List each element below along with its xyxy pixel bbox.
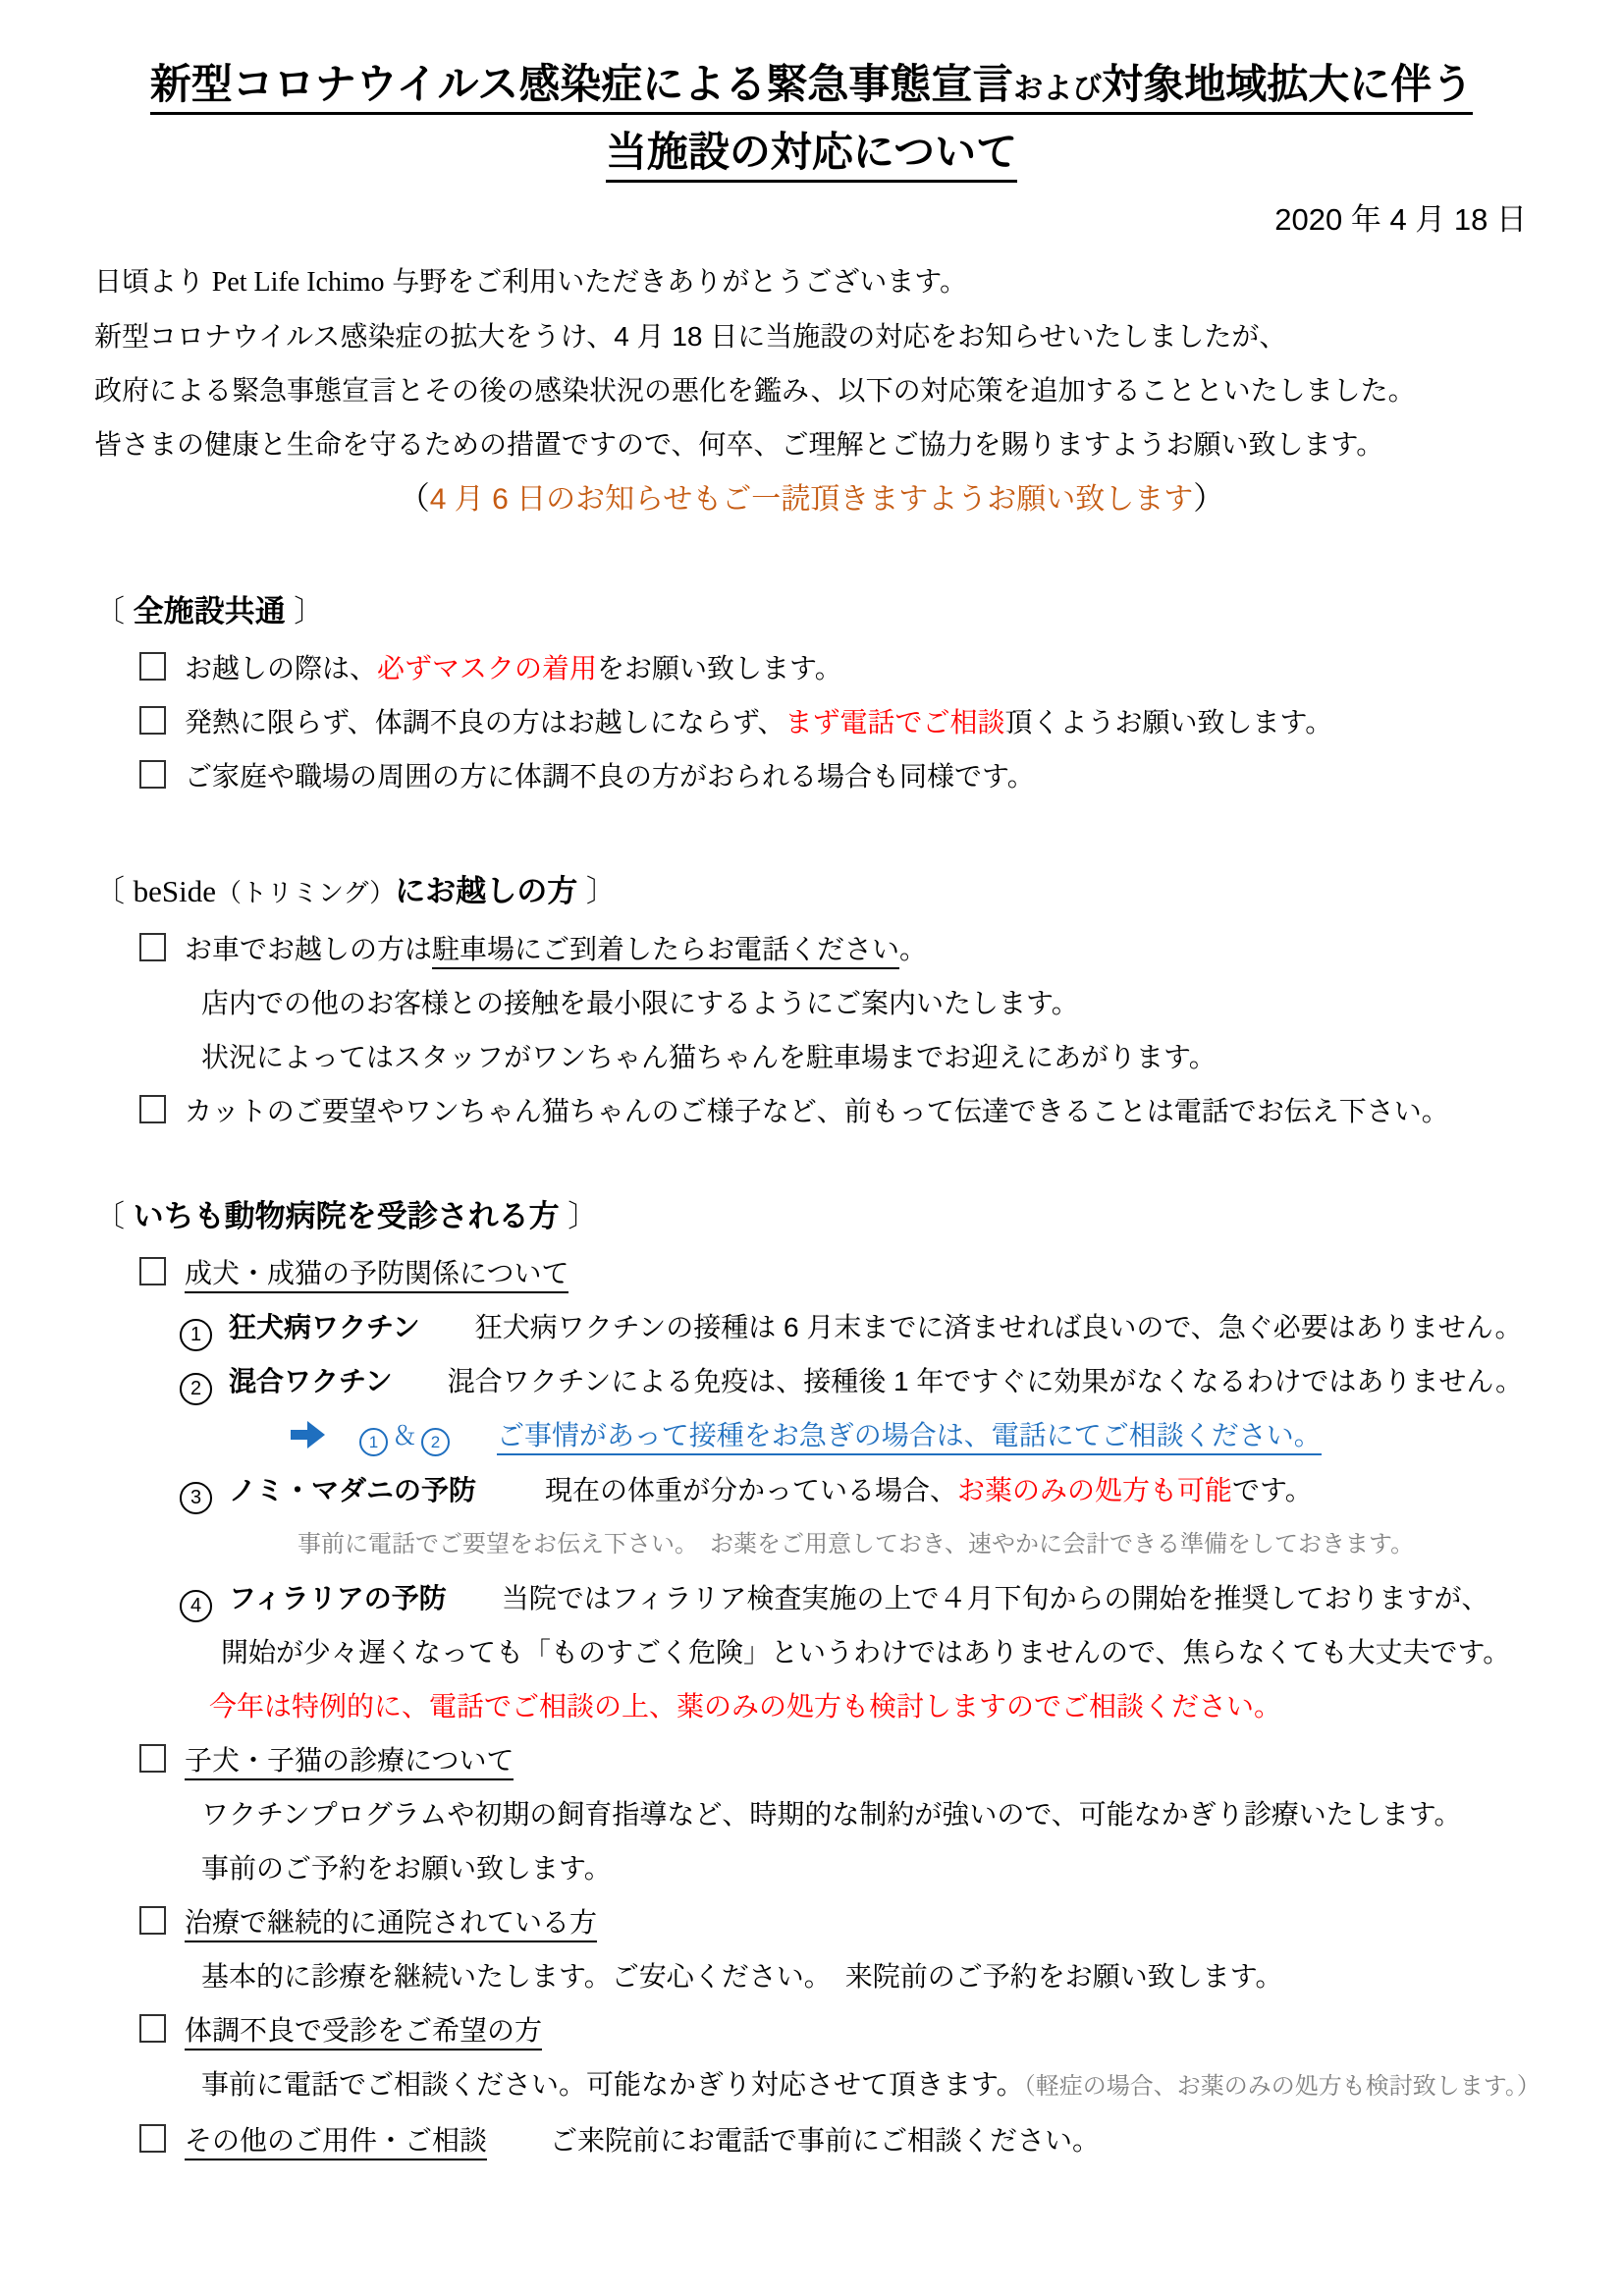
item-text: お越しの際は、 [185, 653, 377, 683]
item-label-bold: フィラリアの予防 [229, 1583, 447, 1613]
arrow-note: 1＆2ご事情があって接種をお急ぎの場合は、電話にてご相談ください。 [0, 1408, 1623, 1463]
title-line-1: 新型コロナウイルス感染症による緊急事態宣言および対象地域拡大に伴う [0, 53, 1623, 121]
item-label-underline: 子犬・子猫の診療について [185, 1745, 514, 1780]
item-label-underline: 体調不良で受診をご希望の方 [185, 2015, 542, 2050]
right-arrow-icon [291, 1421, 326, 1449]
title-text: 当施設の対応について [606, 129, 1017, 183]
title-text: 新型コロナウイルス感染症による緊急事態宣言 [150, 61, 1013, 107]
numbered-item: 1狂犬病ワクチン狂犬病ワクチンの接種は 6 月末までに済ませれば良いので、急ぐ必… [0, 1300, 1623, 1354]
document-date: 2020 年 4 月 18 日 [0, 191, 1623, 248]
item-text-emphasis: まず電話でご相談 [785, 707, 1005, 738]
checkbox-icon [139, 1906, 166, 1935]
sub-note: 基本的に診療を継続いたします。ご安心ください。 来院前のご予約をお願い致します。 [0, 1949, 1623, 2003]
item-text: 現在の体重が分かっている場合、 [545, 1475, 957, 1505]
item-text: ご家庭や職場の周囲の方に体調不良の方がおられる場合も同様です。 [185, 761, 1035, 792]
item-text-emphasis: お薬のみの処方も可能 [957, 1475, 1232, 1505]
note-text-gray: （軽症の場合、お薬のみの処方も検討致します。） [1024, 2073, 1541, 2100]
section-beside: 〔 beSide（トリミング）にお越しの方 〕 お車でお越しの方は駐車場にご到着… [0, 862, 1623, 1138]
section-heading-text: にお越しの方 [395, 874, 577, 908]
circled-number-icon: 4 [180, 1590, 212, 1622]
checkbox-icon [139, 2124, 166, 2153]
checkbox-icon [139, 1095, 166, 1123]
item-text: をお願い致します。 [597, 653, 842, 683]
paren-open: （ [399, 480, 430, 516]
checkbox-icon [139, 933, 166, 961]
item-text: 頂くようお願い致します。 [1005, 707, 1333, 738]
checkbox-icon [139, 1744, 166, 1773]
list-item: カットのご要望やワンちゃん猫ちゃんのご様子など、前もって伝達できることは電話でお… [0, 1084, 1623, 1138]
title-text: 対象地域拡大に伴う [1102, 61, 1473, 107]
circled-number-icon: 1 [180, 1319, 212, 1351]
intro-paragraph-3: 政府による緊急事態宣言とその後の感染状況の悪化を鑑み、以下の対応策を追加すること… [0, 363, 1623, 417]
section-heading-beside: 〔 beSide（トリミング）にお越しの方 〕 [0, 862, 1623, 922]
item-text: 当院ではフィラリア検査実施の上で４月下旬からの開始を推奨しておりますが、 [502, 1583, 1489, 1613]
title-line-2: 当施設の対応について [0, 121, 1623, 184]
bracket-open: 〔 [94, 594, 134, 629]
brand-name: Pet Life Ichimo [212, 267, 385, 298]
sub-note: 事前のご予約をお願い致します。 [0, 1841, 1623, 1895]
numbered-item: 3ノミ・マダニの予防現在の体重が分かっている場合、お薬のみの処方も可能です。 [0, 1463, 1623, 1517]
intro-paragraph-4: 皆さまの健康と生命を守るための措置ですので、何卒、ご理解とご協力を賜りますようお… [0, 417, 1623, 471]
section-all-facilities: 〔 全施設共通 〕 お越しの際は、必ずマスクの着用をお願い致します。 発熱に限ら… [0, 582, 1623, 803]
section-heading-text: いちも動物病院を受診される方 [134, 1199, 560, 1233]
list-item: お越しの際は、必ずマスクの着用をお願い致します。 [0, 641, 1623, 695]
intro-text: 日頃より [94, 266, 212, 297]
item-label-bold: 混合ワクチン [229, 1366, 393, 1396]
item-text: カットのご要望やワンちゃん猫ちゃんのご様子など、前もって伝達できることは電話でお… [185, 1096, 1449, 1126]
list-item: お車でお越しの方は駐車場にご到着したらお電話ください。 [0, 922, 1623, 976]
checkbox-icon [139, 652, 166, 681]
section-heading-latin: beSide [134, 874, 216, 908]
checkbox-icon [139, 1257, 166, 1285]
circled-number-icon: 1 [359, 1428, 388, 1456]
numbered-item: 4フィラリアの予防当院ではフィラリア検査実施の上で４月下旬からの開始を推奨してお… [0, 1571, 1623, 1625]
item-text-underline: 駐車場にご到着したらお電話ください [432, 934, 899, 969]
item-label-bold: 狂犬病ワクチン [229, 1312, 420, 1342]
item-text: お車でお越しの方は [185, 934, 432, 964]
sub-note: 事前に電話でご相談ください。可能なかぎり対応させて頂きます。（軽症の場合、お薬の… [0, 2057, 1623, 2113]
list-item: 発熱に限らず、体調不良の方はお越しにならず、まず電話でご相談頂くようお願い致しま… [0, 695, 1623, 749]
page-title: 新型コロナウイルス感染症による緊急事態宣言および対象地域拡大に伴う 当施設の対応… [0, 0, 1623, 184]
item-label-bold: ノミ・マダニの予防 [229, 1475, 476, 1505]
section-heading-text: 全施設共通 [134, 594, 286, 629]
notice-line: （4 月 6 日のお知らせもご一読頂きますようお願い致します） [0, 471, 1623, 526]
circled-number-icon: 2 [180, 1373, 212, 1405]
list-item: 子犬・子猫の診療について [0, 1733, 1623, 1787]
list-item: ご家庭や職場の周囲の方に体調不良の方がおられる場合も同様です。 [0, 749, 1623, 803]
section-hospital: 〔 いちも動物病院を受診される方 〕 成犬・成猫の予防関係について 1狂犬病ワク… [0, 1187, 1623, 2167]
checkbox-icon [139, 706, 166, 735]
bracket-close: 〕 [577, 874, 617, 908]
bracket-open: 〔 [94, 874, 134, 908]
item-label-underline: その他のご用件・ご相談 [185, 2125, 487, 2160]
phone-consult-note: ご事情があって接種をお急ぎの場合は、電話にてご相談ください。 [497, 1420, 1322, 1455]
gray-note: 事前に電話でご要望をお伝え下さい。 お薬をご用意しておき、速やかに会計できる準備… [0, 1517, 1623, 1571]
section-heading-all-facilities: 〔 全施設共通 〕 [0, 582, 1623, 641]
section-heading-hospital: 〔 いちも動物病院を受診される方 〕 [0, 1187, 1623, 1246]
numbered-item: 2混合ワクチン混合ワクチンによる免疫は、接種後 1 年ですぐに効果がなくなるわけ… [0, 1354, 1623, 1408]
item-text-emphasis: 必ずマスクの着用 [377, 653, 597, 683]
intro-paragraph-1: 日頃より Pet Life Ichimo 与野をご利用いただきありがとうございま… [0, 254, 1623, 309]
intro-paragraph-2: 新型コロナウイルス感染症の拡大をうけ、4 月 18 日に当施設の対応をお知らせい… [0, 309, 1623, 363]
list-item: 治療で継続的に通院されている方 [0, 1895, 1623, 1949]
bracket-open: 〔 [94, 1199, 134, 1233]
item-label-underline: 成犬・成猫の予防関係について [185, 1258, 568, 1293]
bracket-close: 〕 [286, 594, 325, 629]
item-text: ご来院前にお電話で事前にご相談ください。 [550, 2125, 1100, 2156]
intro-text: 与野をご利用いただきありがとうございます。 [385, 266, 968, 297]
continuation-text: 開始が少々遅くなっても「ものすごく危険」というわけではありませんので、焦らなくて… [0, 1625, 1623, 1679]
intro-section: 日頃より Pet Life Ichimo 与野をご利用いただきありがとうございま… [0, 254, 1623, 526]
checkbox-icon [139, 760, 166, 789]
list-item: 成犬・成猫の予防関係について [0, 1246, 1623, 1300]
item-text: 発熱に限らず、体調不良の方はお越しにならず、 [185, 707, 785, 738]
red-notice-text: 今年は特例的に、電話でご相談の上、薬のみの処方も検討しますのでご相談ください。 [0, 1679, 1623, 1733]
ampersand: ＆ [392, 1421, 417, 1450]
sub-note: 店内での他のお客様との接触を最小限にするようにご案内いたします。 [0, 976, 1623, 1030]
item-label-underline: 治療で継続的に通院されている方 [185, 1907, 597, 1942]
item-text: です。 [1232, 1475, 1313, 1505]
bracket-close: 〕 [560, 1199, 599, 1233]
document-page: 新型コロナウイルス感染症による緊急事態宣言および対象地域拡大に伴う 当施設の対応… [0, 0, 1623, 2296]
item-text: 。 [899, 934, 927, 964]
title-text-small: および [1013, 73, 1102, 105]
notice-text: 4 月 6 日のお知らせもご一読頂きますようお願い致します [430, 483, 1193, 516]
item-text: 狂犬病ワクチンの接種は 6 月末までに済ませれば良いので、急ぐ必要はありません。 [475, 1312, 1523, 1342]
paren-close: ） [1193, 480, 1224, 516]
circled-number-icon: 2 [421, 1428, 450, 1456]
checkbox-icon [139, 2014, 166, 2043]
item-text: 混合ワクチンによる免疫は、接種後 1 年ですぐに効果がなくなるわけではありません… [448, 1366, 1523, 1396]
list-item: 体調不良で受診をご希望の方 [0, 2003, 1623, 2057]
section-heading-paren: （トリミング） [216, 878, 395, 907]
list-item: その他のご用件・ご相談ご来院前にお電話で事前にご相談ください。 [0, 2113, 1623, 2167]
sub-note: 状況によってはスタッフがワンちゃん猫ちゃんを駐車場までお迎えにあがります。 [0, 1030, 1623, 1084]
circled-number-icon: 3 [180, 1482, 212, 1514]
note-text: 事前に電話でご相談ください。可能なかぎり対応させて頂きます。 [201, 2069, 1024, 2100]
sub-note: ワクチンプログラムや初期の飼育指導など、時期的な制約が強いので、可能なかぎり診療… [0, 1787, 1623, 1841]
